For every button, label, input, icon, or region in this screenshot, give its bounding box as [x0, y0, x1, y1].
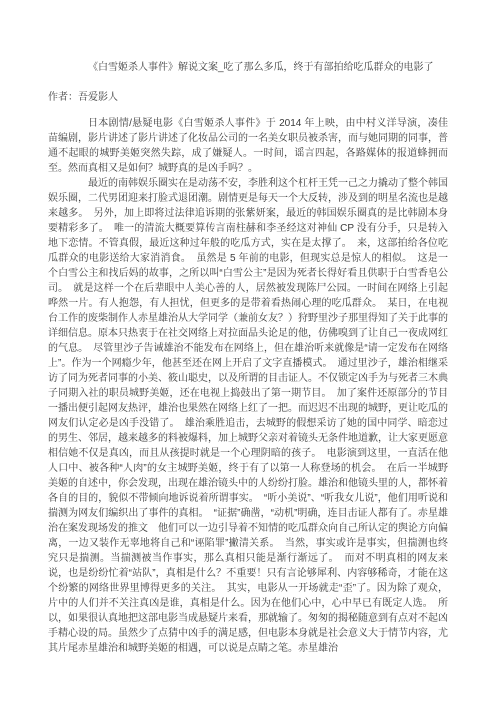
- article-title: 《白雪姬杀人事件》解说文案_吃了那么多瓜，终于有部拍给吃瓜群众的电影了: [48, 60, 448, 75]
- article-author: 作者：吾爱影人: [48, 90, 448, 105]
- article-paragraph-intro: 日本剧情/悬疑电影《白雪姬杀人事件》于 2014 年上映，由中村义洋导演，凑佳苗…: [48, 116, 448, 176]
- article-paragraph-body: 最近的南韩娱乐圈实在是动荡不安，李胜利这个杠杆王凭一己之力撬动了整个韩国娱乐圈，…: [48, 176, 448, 656]
- article-page: 《白雪姬杀人事件》解说文案_吃了那么多瓜，终于有部拍给吃瓜群众的电影了 作者：吾…: [0, 0, 501, 710]
